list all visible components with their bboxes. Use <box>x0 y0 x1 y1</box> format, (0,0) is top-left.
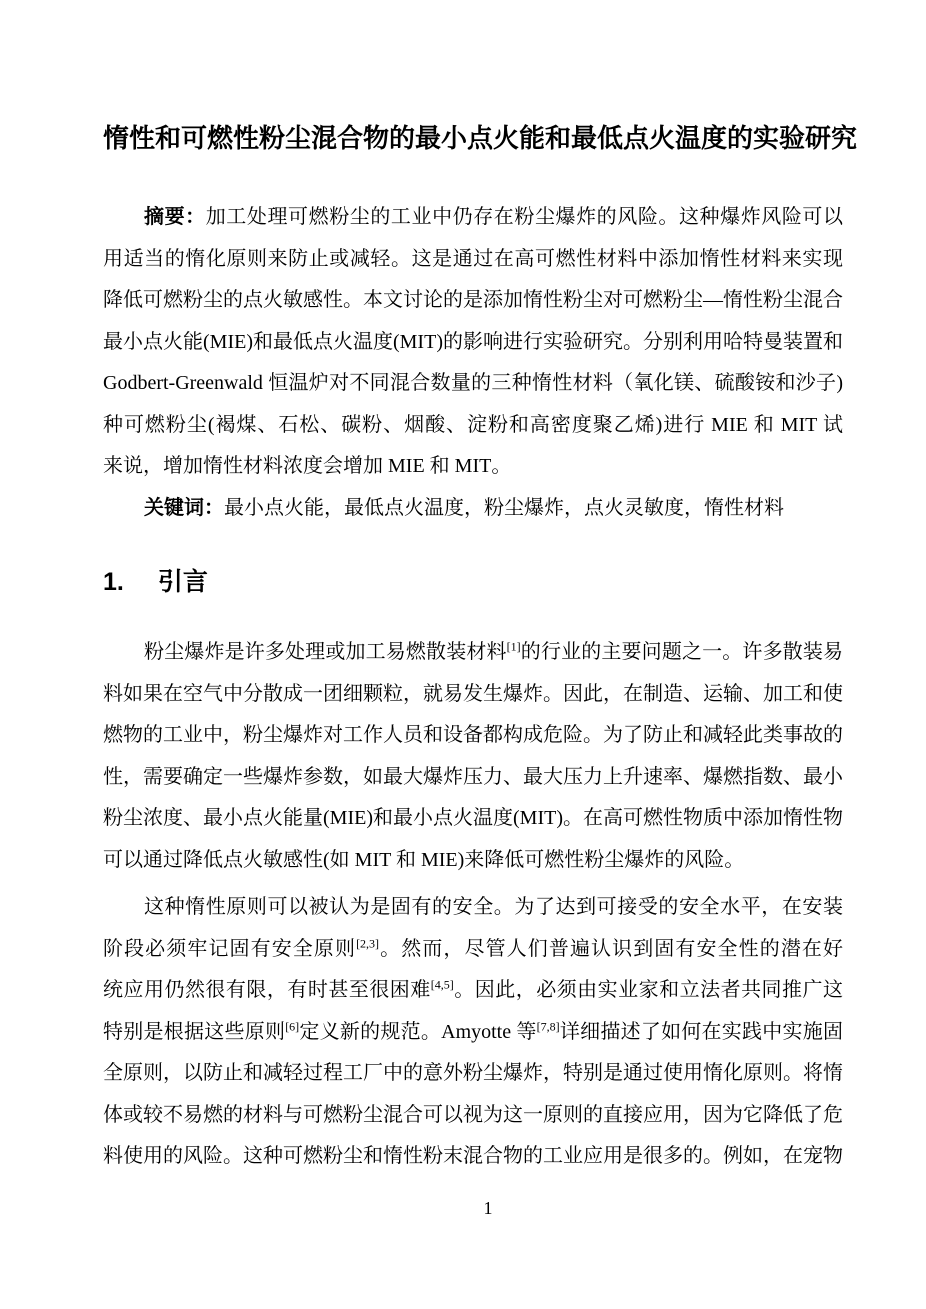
document-content: 惰性和可燃性粉尘混合物的最小点火能和最低点火温度的实验研究 摘要：加工处理可燃粉… <box>103 0 843 1178</box>
citation-superscript: [7,8] <box>537 1019 560 1033</box>
text-segment: 用适当的惰化原则来防止或减轻。这是通过在高可燃性材料中添加惰性材料来实现的，以 <box>103 248 843 281</box>
text-line: 来说，增加惰性材料浓度会增加 MIE 和 MIT。 <box>103 446 843 488</box>
text-line: 阶段必须牢记固有安全原则[2,3]。然而，尽管人们普遍认识到固有安全性的潜在好处… <box>103 929 843 971</box>
text-segment: 可以通过降低点火敏感性(如 MIT 和 MIE)来降低可燃性粉尘爆炸的风险。 <box>103 849 744 871</box>
document-page: 惰性和可燃性粉尘混合物的最小点火能和最低点火温度的实验研究 摘要：加工处理可燃粉… <box>0 0 926 1309</box>
bold-label: 摘要： <box>144 206 206 228</box>
text-segment: 种可燃粉尘(褐煤、石松、碳粉、烟酸、淀粉和高密度聚乙烯)进行 MIE 和 MIT… <box>103 414 843 447</box>
citation-superscript: [6] <box>285 1019 299 1033</box>
text-line: 体或较不易燃的材料与可燃粉尘混合可以视为这一原则的直接应用，因为它降低了危险材 <box>103 1095 843 1137</box>
text-line: 粉尘浓度、最小点火能量(MIE)和最小点火温度(MIT)。在高可燃性物质中添加惰… <box>103 798 843 840</box>
keywords-line: 关键词：最小点火能，最低点火温度，粉尘爆炸，点火灵敏度，惰性材料 <box>103 488 843 530</box>
text-line: 降低可燃粉尘的点火敏感性。本文讨论的是添加惰性粉尘对可燃粉尘—惰性粉尘混合物的 <box>103 280 843 322</box>
text-segment: 定义新的规范。Amyotte 等 <box>299 1021 536 1043</box>
text-segment: 最小点火能，最低点火温度，粉尘爆炸，点火灵敏度，惰性材料 <box>224 497 784 519</box>
abstract-paragraph: 摘要：加工处理可燃粉尘的工业中仍存在粉尘爆炸的风险。这种爆炸风险可以通过应用适当… <box>103 197 843 488</box>
text-line: 关键词：最小点火能，最低点火温度，粉尘爆炸，点火灵敏度，惰性材料 <box>103 488 843 530</box>
text-line: 最小点火能(MIE)和最低点火温度(MIT)的影响进行实验研究。分别利用哈特曼装… <box>103 322 843 364</box>
text-segment: 特别是根据这些原则 <box>103 1021 285 1043</box>
text-segment: 统应用仍然很有限，有时甚至很困难 <box>103 979 431 1001</box>
text-line: 特别是根据这些原则[6]定义新的规范。Amyotte 等[7,8]详细描述了如何… <box>103 1012 843 1054</box>
section-number: 1. <box>103 568 124 596</box>
text-line: 用适当的惰化原则来防止或减轻。这是通过在高可燃性材料中添加惰性材料来实现的，以 <box>103 239 843 281</box>
text-line: 种可燃粉尘(褐煤、石松、碳粉、烟酸、淀粉和高密度聚乙烯)进行 MIE 和 MIT… <box>103 405 843 447</box>
text-line: 全原则，以防止和减轻过程工厂中的意外粉尘爆炸，特别是通过使用惰化原则。将惰性固 <box>103 1053 843 1095</box>
intro-paragraph-1: 粉尘爆炸是许多处理或加工易燃散装材料[1]的行业的主要问题之一。许多散装易燃材料… <box>103 632 843 881</box>
text-segment: Godbert-Greenwald 恒温炉对不同混合数量的三种惰性材料（氧化镁、… <box>103 372 843 405</box>
document-title: 惰性和可燃性粉尘混合物的最小点火能和最低点火温度的实验研究 <box>103 0 843 155</box>
text-line: 燃物的工业中，粉尘爆炸对工作人员和设备都构成危险。为了防止和减轻此类事故的危险 <box>103 715 843 757</box>
text-line: 料如果在空气中分散成一团细颗粒，就易发生爆炸。因此，在制造、运输、加工和使用可 <box>103 674 843 716</box>
citation-superscript: [4,5] <box>431 977 454 991</box>
text-segment: 粉尘浓度、最小点火能量(MIE)和最小点火温度(MIT)。在高可燃性物质中添加惰… <box>103 807 843 840</box>
text-segment: 加工处理可燃粉尘的工业中仍存在粉尘爆炸的风险。这种爆炸风险可以通过应 <box>103 206 843 239</box>
text-segment: 降低可燃粉尘的点火敏感性。本文讨论的是添加惰性粉尘对可燃粉尘—惰性粉尘混合物的 <box>103 289 843 322</box>
text-line: 摘要：加工处理可燃粉尘的工业中仍存在粉尘爆炸的风险。这种爆炸风险可以通过应 <box>103 197 843 239</box>
text-segment: 最小点火能(MIE)和最低点火温度(MIT)的影响进行实验研究。分别利用哈特曼装… <box>103 331 843 353</box>
section-title: 引言 <box>158 568 208 596</box>
text-line: 性，需要确定一些爆炸参数，如最大爆炸压力、最大压力上升速率、爆燃指数、最小爆炸 <box>103 757 843 799</box>
text-segment: 粉尘爆炸是许多处理或加工易燃散装材料 <box>144 641 507 663</box>
intro-paragraph-2: 这种惰性原则可以被认为是固有的安全。为了达到可接受的安全水平，在安装的概念阶段必… <box>103 887 843 1178</box>
page-footer: 1 <box>0 1197 926 1219</box>
text-segment: 全原则，以防止和减轻过程工厂中的意外粉尘爆炸，特别是通过使用惰化原则。将惰性固 <box>103 1062 843 1095</box>
section-heading: 1.引言 <box>103 565 843 599</box>
page-number: 1 <box>434 1198 493 1218</box>
bold-label: 关键词： <box>144 497 224 519</box>
text-line: 粉尘爆炸是许多处理或加工易燃散装材料[1]的行业的主要问题之一。许多散装易燃材 <box>103 632 843 674</box>
text-segment: 性，需要确定一些爆炸参数，如最大爆炸压力、最大压力上升速率、爆燃指数、最小爆炸 <box>103 766 843 799</box>
text-segment: 来说，增加惰性材料浓度会增加 MIE 和 MIT。 <box>103 455 511 477</box>
text-segment: 阶段必须牢记固有安全原则 <box>103 938 356 960</box>
text-line: 可以通过降低点火敏感性(如 MIT 和 MIE)来降低可燃性粉尘爆炸的风险。 <box>103 840 843 882</box>
text-segment: 料使用的风险。这种可燃粉尘和惰性粉末混合物的工业应用是很多的。例如，在宠物食品 <box>103 1145 843 1178</box>
document-page-background: { "document": { "title": "惰性和可燃性粉尘混合物的最小… <box>0 0 926 1309</box>
text-line: 料使用的风险。这种可燃粉尘和惰性粉末混合物的工业应用是很多的。例如，在宠物食品 <box>103 1136 843 1178</box>
text-line: Godbert-Greenwald 恒温炉对不同混合数量的三种惰性材料（氧化镁、… <box>103 363 843 405</box>
text-segment: 体或较不易燃的材料与可燃粉尘混合可以视为这一原则的直接应用，因为它降低了危险材 <box>103 1104 843 1137</box>
text-segment: 料如果在空气中分散成一团细颗粒，就易发生爆炸。因此，在制造、运输、加工和使用可 <box>103 683 843 716</box>
text-line: 这种惰性原则可以被认为是固有的安全。为了达到可接受的安全水平，在安装的概念 <box>103 887 843 929</box>
text-segment: 燃物的工业中，粉尘爆炸对工作人员和设备都构成危险。为了防止和减轻此类事故的危险 <box>103 724 843 757</box>
citation-superscript: [1] <box>507 639 521 653</box>
citation-superscript: [2,3] <box>356 936 379 950</box>
text-segment: 这种惰性原则可以被认为是固有的安全。为了达到可接受的安全水平，在安装的概念 <box>103 896 843 929</box>
text-line: 统应用仍然很有限，有时甚至很困难[4,5]。因此，必须由实业家和立法者共同推广这… <box>103 970 843 1012</box>
